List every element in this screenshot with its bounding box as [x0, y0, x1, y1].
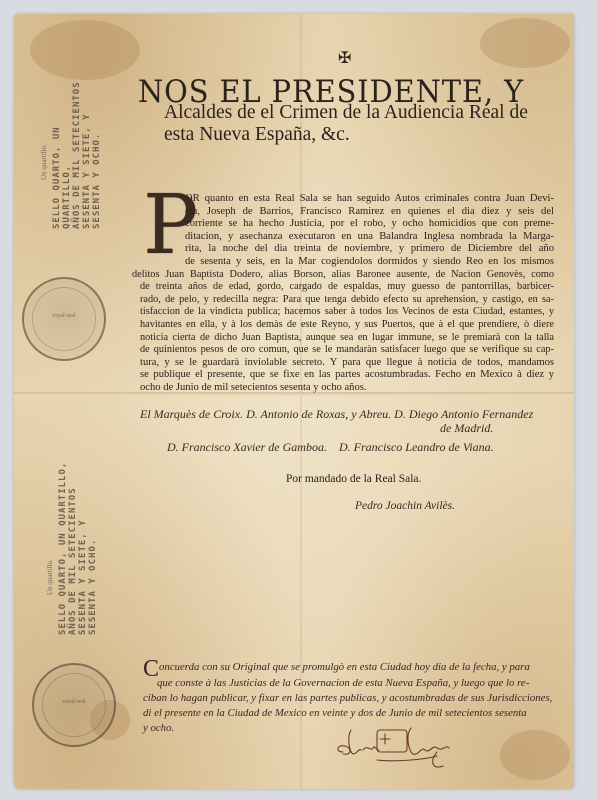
- water-stain: [500, 730, 570, 780]
- secretary-name: Pedro Joachin Avilès.: [355, 500, 455, 512]
- by-order-text: Por mandado de la Real Sala.: [286, 473, 421, 485]
- tax-stamp-text-bottom: SELLO QUARTO, UN QUARTILLO, AÑOS DE MIL …: [58, 455, 98, 635]
- svg-text:Pedro Joachin Avilès: Pedro Joachin Avilès: [333, 722, 342, 723]
- proclamation-body: OR quanto en esta Real Sala se han segui…: [140, 193, 554, 395]
- signatories-line-1: El Marquès de Croix. D. Antonio de Roxas…: [140, 407, 533, 422]
- document-subtitle: Alcaldes de el Crimen de la Audiencia Re…: [164, 102, 528, 146]
- signatories-line-2: D. Francisco Xavier de Gamboa. D. Franci…: [167, 440, 494, 455]
- cross-ornament-icon: ✠: [338, 48, 351, 68]
- stamp-value-top: Un quartillo.: [40, 120, 48, 180]
- royal-seal-bottom: royal seal: [32, 663, 116, 747]
- royal-seal-top: royal seal: [22, 277, 106, 361]
- signatories-line-1b: de Madrid.: [440, 421, 493, 436]
- stamp-value-bottom: Un quartillo.: [46, 530, 54, 595]
- water-stain: [480, 18, 570, 68]
- handwritten-signature-icon: Pedro Joachin Avilès: [333, 722, 463, 772]
- tax-stamp-text-top: SELLO QUARTO, UN QUARTILLO, AÑOS DE MIL …: [52, 64, 102, 229]
